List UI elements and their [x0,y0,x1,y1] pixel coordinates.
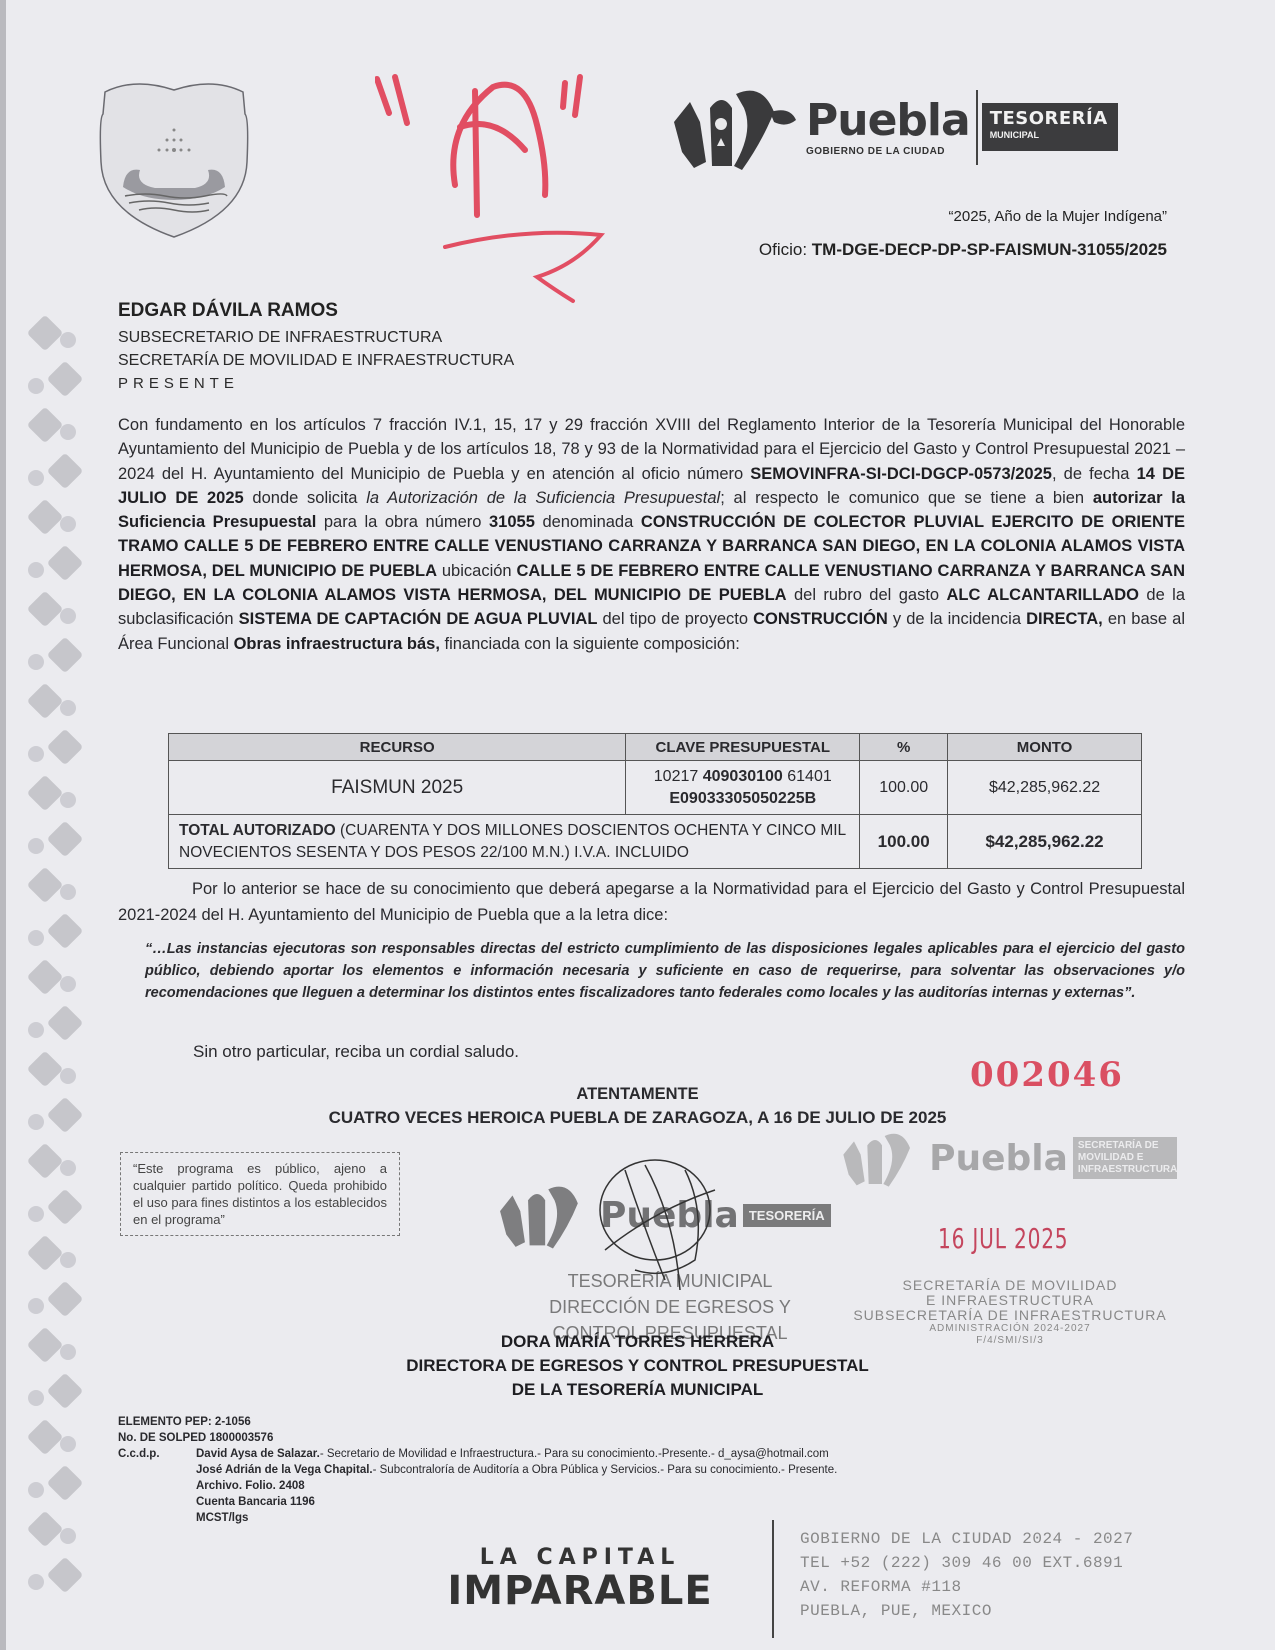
recipient-agency: SECRETARÍA DE MOVILIDAD E INFRAESTRUCTUR… [118,349,514,372]
col-header-recurso: RECURSO [169,734,626,761]
normativity-paragraph: Por lo anterior se hace de su conocimien… [118,876,1185,928]
cell-clave: 10217 409030100 61401 E09033305050225B [626,761,860,815]
cell-total-percent: 100.00 [860,815,948,869]
puebla-figures-icon [670,82,800,172]
oficio-number: TM-DGE-DECP-DP-SP-FAISMUN-31055/2025 [812,240,1167,259]
normativity-quote: “…Las instancias ejecutoras son responsa… [145,938,1185,1004]
atentamente: ATENTAMENTE [0,1085,1275,1104]
col-header-monto: MONTO [948,734,1142,761]
puebla-figures-icon [839,1128,929,1188]
footer-divider [772,1520,774,1638]
year-motto: “2025, Año de la Mujer Indígena” [949,208,1167,225]
received-date-stamp: 16 JUL 2025 [938,1222,1068,1255]
col-header-percent: % [860,734,948,761]
cell-percent: 100.00 [860,761,948,815]
place-date: CUATRO VECES HEROICA PUEBLA DE ZARAGOZA,… [0,1108,1275,1128]
logo-wordmark: Puebla [806,98,970,144]
reception-stamp-text: SECRETARÍA DE MOVILIDAD E INFRAESTRUCTUR… [840,1278,1180,1347]
table-total-row: TOTAL AUTORIZADO (CUARENTA Y DOS MILLONE… [169,815,1142,869]
scan-edge [0,0,6,1650]
recipient-name: EDGAR DÁVILA RAMOS [118,300,514,322]
decorative-border [18,320,88,1630]
salutation: PRESENTE [118,372,514,395]
body-paragraph: Con fundamento en los artículos 7 fracci… [118,413,1185,656]
solped-value: 1800003576 [209,1432,273,1444]
signer-title: DIRECTORA DE EGRESOS Y CONTROL PRESUPUES… [0,1354,1275,1378]
closing-line: Sin otro particular, reciba un cordial s… [193,1042,519,1062]
cell-total-monto: $42,285,962.22 [948,815,1142,869]
coat-of-arms-icon [95,72,253,242]
col-header-clave: CLAVE PRESUPUESTAL [626,734,860,761]
puebla-treasury-logo: Puebla GOBIERNO DE LA CIUDAD TESORERÍA M… [670,82,1118,172]
oficio-reference: Oficio: TM-DGE-DECP-DP-SP-FAISMUN-31055/… [759,240,1167,260]
pep-value: 2-1056 [215,1416,251,1428]
referenced-oficio: SEMOVINFRA-SI-DCI-DGCP-0573/2025 [750,465,1052,483]
recipient-block: EDGAR DÁVILA RAMOS SUBSECRETARIO DE INFR… [118,300,514,395]
program-disclaimer: “Este programa es público, ajeno a cualq… [120,1152,400,1236]
cell-total-label: TOTAL AUTORIZADO (CUARENTA Y DOS MILLONE… [169,815,860,869]
footer-address: GOBIERNO DE LA CIUDAD 2024 - 2027 TEL +5… [800,1527,1133,1623]
logo-divider [976,90,978,165]
cell-recurso: FAISMUN 2025 [169,761,626,815]
table-row: FAISMUN 2025 10217 409030100 61401 E0903… [169,761,1142,815]
handwritten-signature [585,1150,735,1300]
treasury-stamp-badge: TESORERÍA [743,1204,831,1227]
capital-imparable-logo: LA CAPITAL IMPARABLE [420,1545,740,1612]
signer-office: DE LA TESORERÍA MUNICIPAL [0,1378,1275,1402]
treasury-badge: TESORERÍA MUNICIPAL [982,103,1118,151]
handwritten-a-annotation [375,65,655,305]
table-header-row: RECURSO CLAVE PRESUPUESTAL % MONTO [169,734,1142,761]
reception-stamp-logo: Puebla SECRETARÍA DE MOVILIDAD E INFRAES… [838,1128,1178,1188]
obra-number: 31055 [489,513,535,531]
footer-notes: ELEMENTO PEP: 2-1056 No. DE SOLPED 18000… [118,1414,837,1526]
document-page: Puebla GOBIERNO DE LA CIUDAD TESORERÍA M… [0,0,1275,1650]
cell-monto: $42,285,962.22 [948,761,1142,815]
logo-subtitle: GOBIERNO DE LA CIUDAD [806,146,945,157]
recipient-title: SUBSECRETARIO DE INFRAESTRUCTURA [118,326,514,349]
budget-table: RECURSO CLAVE PRESUPUESTAL % MONTO FAISM… [168,733,1142,869]
